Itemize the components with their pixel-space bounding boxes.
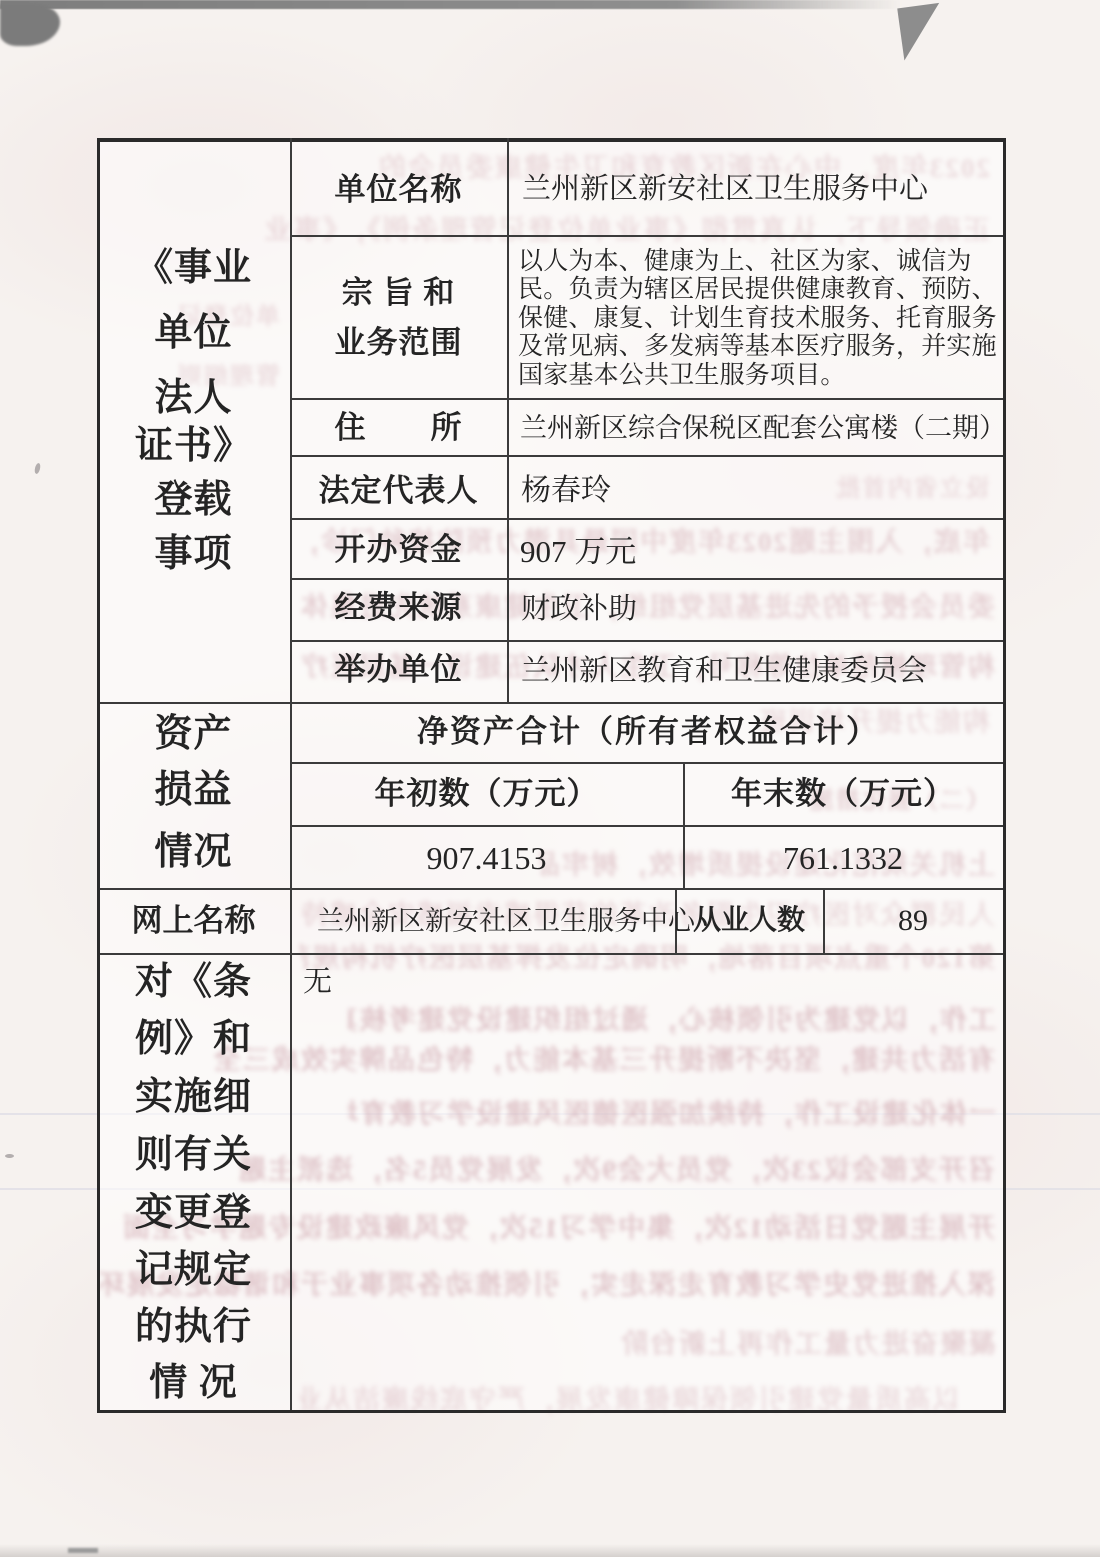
table-row-line <box>290 455 1006 457</box>
assets-section-label: 情况 <box>97 831 290 875</box>
begin-of-year-label: 年初数（万元） <box>290 776 683 812</box>
compliance-value: 无 <box>303 966 332 999</box>
legal-representative-value: 杨春玲 <box>521 474 611 509</box>
legal-representative-label: 法定代表人 <box>290 473 507 509</box>
scan-speck <box>34 463 42 475</box>
online-name-label: 网上名称 <box>97 903 290 939</box>
begin-of-year-value: 907.4153 <box>290 840 683 877</box>
end-of-year-label: 年末数（万元） <box>683 776 1003 812</box>
compliance-section-label: 对《条 <box>97 961 290 1005</box>
organizer-label: 举办单位 <box>290 652 507 688</box>
table-top-border <box>97 138 1006 142</box>
certificate-section-label: 单位 <box>97 312 290 356</box>
scan-top-shadow <box>0 0 902 9</box>
certificate-section-label: 法人 <box>97 377 290 421</box>
table-section-line <box>97 953 1006 955</box>
unit-name-value: 兰州新区新安社区卫生服务中心 <box>522 173 928 206</box>
scan-speck <box>5 1154 14 1158</box>
scan-edge-wedge <box>896 1 956 63</box>
certificate-section-label: 事项 <box>97 533 290 577</box>
certificate-section-label: 登载 <box>97 479 290 523</box>
table-row-line <box>290 578 1006 580</box>
staff-count-value: 89 <box>823 904 1003 939</box>
compliance-section-label: 情 况 <box>97 1362 290 1406</box>
staff-count-label: 从业人数 <box>675 905 823 937</box>
table-column-line <box>507 138 509 702</box>
address-value: 兰州新区综合保税区配套公寓楼（二期） <box>520 413 1006 444</box>
certificate-section-label: 证书》 <box>97 425 290 469</box>
scan-bottom-mark <box>68 1548 98 1553</box>
net-assets-header: 净资产合计（所有者权益合计） <box>290 714 1006 750</box>
opening-capital-value: 907 万元 <box>520 534 636 570</box>
compliance-section-label: 例》和 <box>97 1018 290 1062</box>
address-label: 住 所 <box>290 410 507 446</box>
assets-section-label: 资产 <box>97 713 290 757</box>
funding-source-value: 财政补助 <box>521 593 637 626</box>
end-of-year-value: 761.1332 <box>683 840 1003 877</box>
table-row-line <box>290 825 1006 827</box>
table-section-line <box>97 702 1006 704</box>
assets-section-label: 损益 <box>97 769 290 813</box>
mission-label-line2: 业务范围 <box>290 325 507 361</box>
compliance-section-label: 变更登 <box>97 1192 290 1236</box>
table-row-line <box>290 235 1006 237</box>
certificate-section-label: 《事业 <box>97 247 290 291</box>
opening-capital-label: 开办资金 <box>290 532 507 568</box>
compliance-section-label: 记规定 <box>97 1249 290 1293</box>
scan-bottom-shadow <box>0 1544 1100 1557</box>
table-row-line <box>290 518 1006 520</box>
scanned-form-page: 2023年度，中心在新区教育和卫生健康委员会的 正确领导下，认真贯彻《事业单位登… <box>0 0 1100 1557</box>
compliance-section-label: 实施细 <box>97 1076 290 1120</box>
mission-label-line1: 宗 旨 和 <box>290 275 507 311</box>
funding-source-label: 经费来源 <box>290 590 507 626</box>
table-row-line <box>290 762 1006 764</box>
compliance-section-label: 则有关 <box>97 1134 290 1178</box>
table-row-line <box>290 640 1006 642</box>
mission-value: 以人为本、健康为上、社区为家、诚信为民。负责为辖区居民提供健康教育、预防、保健、… <box>518 248 1005 390</box>
compliance-section-label: 的执行 <box>97 1306 290 1350</box>
table-section-line <box>97 888 1006 890</box>
table-row-line <box>290 398 1006 400</box>
organizer-value: 兰州新区教育和卫生健康委员会 <box>521 655 927 688</box>
scan-corner-shadow <box>0 4 60 46</box>
online-name-value: 兰州新区新安社区卫生服务中心 <box>317 906 695 937</box>
table-bottom-border <box>97 1410 1006 1413</box>
unit-name-label: 单位名称 <box>290 172 507 208</box>
